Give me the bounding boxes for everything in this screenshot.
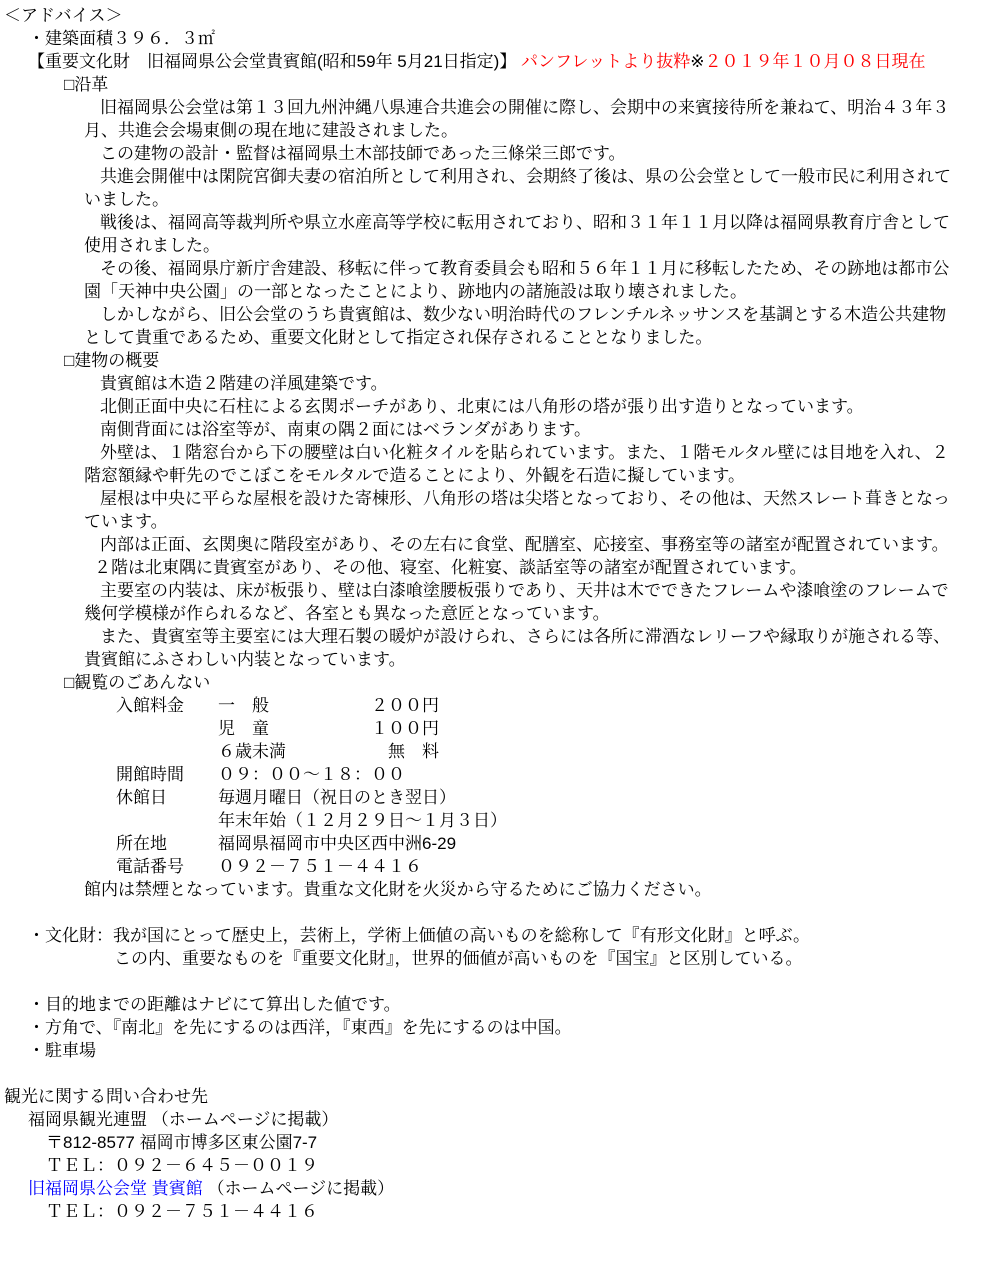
hours-row: 開館時間 ０９：００～１８：００	[0, 763, 981, 786]
section-heading-history: □沿革	[0, 73, 981, 96]
text-segment: ・目的地までの距離はナビにて算出した値です。	[28, 995, 401, 1014]
text-segment: （ホームページに掲載）	[203, 1179, 394, 1198]
document-page: ＜アドバイス＞・建築面積３９６．３㎡【重要文化財 旧福岡県公会堂貴賓館(昭和59…	[0, 0, 981, 1282]
paragraph-line: 主要室の内装は、床が板張り、壁は白漆喰塗腰板張りであり、天井は木でできたフレーム…	[0, 579, 981, 602]
fee-row-under6: ６歳未満 無 料	[0, 740, 981, 763]
text-segment: 所在地 福岡県福岡市中央区西中洲6-29	[116, 834, 456, 853]
closed-day-row: 休館日 毎週月曜日（祝日のとき翌日）	[0, 786, 981, 809]
text-segment: 使用されました。	[84, 236, 220, 255]
address-row: 所在地 福岡県福岡市中央区西中洲6-29	[0, 832, 981, 855]
text-segment: この建物の設計・監督は福岡県土木部技師であった三條栄三郎です。	[100, 144, 625, 163]
text-segment: ＴＥＬ：０９２－７５１－４４１６	[46, 1202, 318, 1221]
text-segment: 屋根は中央に平らな屋根を設けた寄棟形、八角形の塔は尖塔となっており、その他は、天…	[100, 489, 950, 508]
highlighted-text: ２０１９年１０月０８日現在	[704, 52, 925, 71]
section-heading-guide: □観覧のごあんない	[0, 671, 981, 694]
paragraph-line: 月、共進会会場東側の現在地に建設されました。	[0, 119, 981, 142]
text-segment: □観覧のごあんない	[64, 673, 210, 692]
paragraph-line: 貴賓館にふさわしい内装となっています。	[0, 648, 981, 671]
cultural-property-heading: 【重要文化財 旧福岡県公会堂貴賓館(昭和59年 5月21日指定)】 パンフレット…	[0, 50, 981, 73]
text-segment: として貴重であるため、重要文化財として指定され保存されることとなりました。	[84, 328, 712, 347]
text-segment: ・駐車場	[28, 1041, 96, 1060]
no-smoking-note: 館内は禁煙となっています。貴重な文化財を火災から守るためにご協力ください。	[0, 878, 981, 901]
text-segment: 〒812-8577 福岡市博多区東公園7-7	[46, 1133, 317, 1152]
paragraph-line: 貴賓館は木造２階建の洋風建築です。	[0, 372, 981, 395]
text-segment: また、貴賓室等主要室には大理石製の暖炉が設けられ、さらには各所に滞酒なレリーフや…	[100, 627, 950, 646]
text-segment: ・文化財：我が国にとって歴史上，芸術上，学術上価値の高いものを総称して『有形文化…	[28, 926, 810, 945]
fee-row-general: 入館料金 一 般 ２００円	[0, 694, 981, 717]
paragraph-line: 戦後は、福岡高等裁判所や県立水産高等学校に転用されており、昭和３１年１１月以降は…	[0, 211, 981, 234]
paragraph-line: 共進会開催中は閑院宮御夫妻の宿泊所として利用され、会期終了後は、県の公会堂として…	[0, 165, 981, 188]
text-segment: 開館時間 ０９：００～１８：００	[116, 765, 405, 784]
blank-line	[0, 1062, 981, 1085]
text-segment: ＴＥＬ：０９２－６４５－００１９	[46, 1156, 318, 1175]
bullet-item-bunkazai: ・文化財：我が国にとって歴史上，芸術上，学術上価値の高いものを総称して『有形文化…	[0, 924, 981, 947]
text-segment: その後、福岡県庁新庁舎建設、移転に伴って教育委員会も昭和５６年１１月に移転したた…	[100, 259, 949, 278]
building-area-item: ・建築面積３９６．３㎡	[0, 27, 981, 50]
contact-name-renmei: 福岡県観光連盟 （ホームページに掲載）	[0, 1108, 981, 1131]
text-segment: 貴賓館は木造２階建の洋風建築です。	[100, 374, 388, 393]
paragraph-line: 屋根は中央に平らな屋根を設けた寄棟形、八角形の塔は尖塔となっており、その他は、天…	[0, 487, 981, 510]
paragraph-line: 園「天神中央公園」の一部となったことにより、跡地内の諸施設は取り壊されました。	[0, 280, 981, 303]
blank-line	[0, 970, 981, 993]
bullet-item-distance: ・目的地までの距離はナビにて算出した値です。	[0, 993, 981, 1016]
contact-address: 〒812-8577 福岡市博多区東公園7-7	[0, 1131, 981, 1154]
fee-row-child: 児 童 １００円	[0, 717, 981, 740]
highlighted-text: 旧福岡県公会堂 貴賓館	[28, 1179, 203, 1198]
contact-tel: ＴＥＬ：０９２－７５１－４４１６	[0, 1200, 981, 1223]
paragraph-line: 旧福岡県公会堂は第１３回九州沖縄八県連合共進会の開催に際し、会期中の来賓接待所を…	[0, 96, 981, 119]
paragraph-line: 幾何学模様が作られるなど、各室とも異なった意匠となっています。	[0, 602, 981, 625]
phone-row: 電話番号 ０９２－７５１－４４１６	[0, 855, 981, 878]
paragraph-line: 階窓額縁や軒先のでこぼこをモルタルで造ることにより、外観を石造に擬しています。	[0, 464, 981, 487]
paragraph-line: しかしながら、旧公会堂のうち貴賓館は、数少ない明治時代のフレンチルネッサンスを基…	[0, 303, 981, 326]
text-segment: ※	[690, 52, 704, 71]
bullet-item-direction: ・方角で、『南北』を先にするのは西洋，『東西』を先にするのは中国。	[0, 1016, 981, 1039]
paragraph-line: また、貴賓室等主要室には大理石製の暖炉が設けられ、さらには各所に滞酒なレリーフや…	[0, 625, 981, 648]
text-segment: 年末年始（１２月２９日～１月３日）	[116, 811, 507, 830]
text-segment: □建物の概要	[64, 351, 159, 370]
text-segment: 戦後は、福岡高等裁判所や県立水産高等学校に転用されており、昭和３１年１１月以降は…	[100, 213, 950, 232]
text-segment: 主要室の内装は、床が板張り、壁は白漆喰塗腰板張りであり、天井は木でできたフレーム…	[100, 581, 949, 600]
paragraph-line: 北側正面中央に石柱による玄関ポーチがあり、北東には八角形の塔が張り出す造りとなっ…	[0, 395, 981, 418]
blank-line	[0, 901, 981, 924]
paragraph-line: ています。	[0, 510, 981, 533]
highlighted-text: パンフレットより抜粋	[521, 52, 690, 71]
text-segment: 電話番号 ０９２－７５１－４４１６	[116, 857, 422, 876]
paragraph-line: この建物の設計・監督は福岡県土木部技師であった三條栄三郎です。	[0, 142, 981, 165]
text-segment: 園「天神中央公園」の一部となったことにより、跡地内の諸施設は取り壊されました。	[84, 282, 747, 301]
text-segment: この内、重要なものを『重要文化財』，世界的価値が高いものを『国宝』と区別している…	[114, 949, 803, 968]
paragraph-line: 外壁は、１階窓台から下の腰壁は白い化粧タイルを貼られています。また、１階モルタル…	[0, 441, 981, 464]
text-segment: ています。	[84, 512, 168, 531]
text-segment: □沿革	[64, 75, 108, 94]
paragraph-line: 南側背面には浴室等が、南東の隅２面にはベランダがあります。	[0, 418, 981, 441]
text-segment: ２階は北東隅に貴賓室があり、その他、寝室、化粧宴、談話室等の諸室が配置されていま…	[94, 558, 807, 577]
text-segment: 入館料金 一 般 ２００円	[116, 696, 439, 715]
paragraph-line: その後、福岡県庁新庁舎建設、移転に伴って教育委員会も昭和５６年１１月に移転したた…	[0, 257, 981, 280]
text-segment: ・方角で、『南北』を先にするのは西洋，『東西』を先にするのは中国。	[28, 1018, 572, 1037]
text-segment: 館内は禁煙となっています。貴重な文化財を火災から守るためにご協力ください。	[84, 880, 712, 899]
text-segment: 貴賓館にふさわしい内装となっています。	[84, 650, 406, 669]
text-segment: 共進会開催中は閑院宮御夫妻の宿泊所として利用され、会期終了後は、県の公会堂として…	[100, 167, 951, 186]
text-segment: 南側背面には浴室等が、南東の隅２面にはベランダがあります。	[100, 420, 591, 439]
text-segment: いました。	[84, 190, 169, 209]
text-segment: ６歳未満 無 料	[116, 742, 439, 761]
closed-day-row: 年末年始（１２月２９日～１月３日）	[0, 809, 981, 832]
section-heading-building: □建物の概要	[0, 349, 981, 372]
text-segment: しかしながら、旧公会堂のうち貴賓館は、数少ない明治時代のフレンチルネッサンスを基…	[100, 305, 946, 324]
text-segment: 内部は正面、玄関奥に階段室があり、その左右に食堂、配膳室、応接室、事務室等の諸室…	[100, 535, 949, 554]
text-segment: 階窓額縁や軒先のでこぼこをモルタルで造ることにより、外観を石造に擬しています。	[84, 466, 745, 485]
text-segment: 幾何学模様が作られるなど、各室とも異なった意匠となっています。	[84, 604, 610, 623]
paragraph-line: ２階は北東隅に貴賓室があり、その他、寝室、化粧宴、談話室等の諸室が配置されていま…	[0, 556, 981, 579]
contact-name-kihinkan: 旧福岡県公会堂 貴賓館 （ホームページに掲載）	[0, 1177, 981, 1200]
advice-header: ＜アドバイス＞	[0, 4, 981, 27]
text-segment: 北側正面中央に石柱による玄関ポーチがあり、北東には八角形の塔が張り出す造りとなっ…	[100, 397, 864, 416]
text-segment: 観光に関する問い合わせ先	[4, 1087, 208, 1106]
paragraph-line: として貴重であるため、重要文化財として指定され保存されることとなりました。	[0, 326, 981, 349]
text-segment: 旧福岡県公会堂は第１３回九州沖縄八県連合共進会の開催に際し、会期中の来賓接待所を…	[100, 98, 949, 117]
text-segment: 休館日 毎週月曜日（祝日のとき翌日）	[116, 788, 456, 807]
bullet-item-bunkazai: この内、重要なものを『重要文化財』，世界的価値が高いものを『国宝』と区別している…	[0, 947, 981, 970]
text-segment: 外壁は、１階窓台から下の腰壁は白い化粧タイルを貼られています。また、１階モルタル…	[100, 443, 949, 462]
paragraph-line: 内部は正面、玄関奥に階段室があり、その左右に食堂、配膳室、応接室、事務室等の諸室…	[0, 533, 981, 556]
text-segment: 福岡県観光連盟 （ホームページに掲載）	[28, 1110, 338, 1129]
paragraph-line: 使用されました。	[0, 234, 981, 257]
text-segment: 月、共進会会場東側の現在地に建設されました。	[84, 121, 458, 140]
text-segment: 児 童 １００円	[116, 719, 439, 738]
contact-tel: ＴＥＬ：０９２－６４５－００１９	[0, 1154, 981, 1177]
paragraph-line: いました。	[0, 188, 981, 211]
text-segment: 【重要文化財 旧福岡県公会堂貴賓館(昭和59年 5月21日指定)】	[28, 52, 521, 71]
text-segment: ＜アドバイス＞	[4, 6, 123, 25]
bullet-item-parking: ・駐車場	[0, 1039, 981, 1062]
contact-header: 観光に関する問い合わせ先	[0, 1085, 981, 1108]
text-segment: ・建築面積３９６．３㎡	[28, 29, 215, 48]
